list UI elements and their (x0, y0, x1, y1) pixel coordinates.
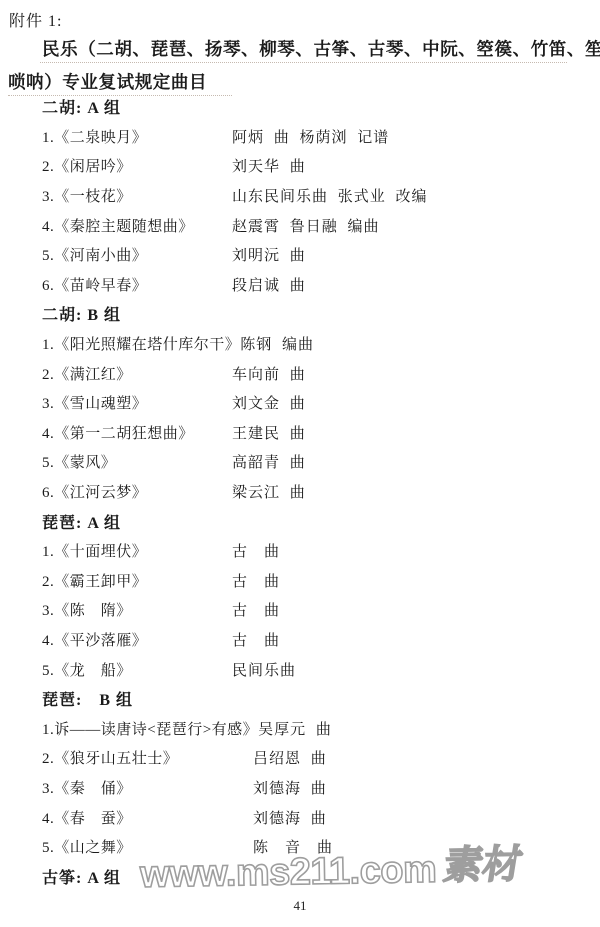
piece-credit: 古 曲 (232, 540, 280, 561)
piece-credit: 王建民 曲 (232, 422, 306, 443)
section-heading: 二胡: A 组 (42, 92, 594, 122)
piece-label: 3.《陈 隋》 (42, 599, 232, 620)
piece-row: 5.《龙 船》民间乐曲 (42, 654, 594, 684)
piece-row: 6.《苗岭早春》段启诚 曲 (42, 270, 594, 300)
piece-credit: 刘德海 曲 (253, 777, 327, 798)
piece-row: 5.《河南小曲》刘明沅 曲 (42, 240, 594, 270)
piece-label: 3.《雪山魂塑》 (42, 392, 232, 413)
piece-credit: 刘明沅 曲 (232, 244, 306, 265)
piece-row: 2.《狼牙山五壮士》吕绍恩 曲 (42, 743, 594, 773)
section-heading: 二胡: B 组 (42, 299, 594, 329)
piece-credit: 吴厚元 曲 (258, 718, 332, 739)
piece-credit: 古 曲 (232, 570, 280, 591)
attachment-label: 附件 1: (9, 8, 62, 31)
piece-row: 6.《江河云梦》梁云江 曲 (42, 477, 594, 507)
piece-credit: 山东民间乐曲 张式业 改编 (232, 185, 428, 206)
document-page: 附件 1: 民乐（二胡、琵琶、扬琴、柳琴、古筝、古琴、中阮、箜篌、竹笛、笙、 唢… (0, 0, 600, 927)
piece-credit: 高韶青 曲 (232, 451, 306, 472)
piece-credit: 吕绍恩 曲 (253, 747, 327, 768)
piece-credit: 民间乐曲 (232, 659, 296, 680)
document-title-line1: 民乐（二胡、琵琶、扬琴、柳琴、古筝、古琴、中阮、箜篌、竹笛、笙、 (42, 36, 600, 61)
piece-row: 1.诉——读唐诗<琵琶行>有感》吴厚元 曲 (42, 713, 594, 743)
piece-label: 5.《龙 船》 (42, 659, 232, 680)
piece-label: 1.《十面埋伏》 (42, 540, 232, 561)
piece-label: 2.《闲居吟》 (42, 155, 232, 176)
piece-credit: 梁云江 曲 (232, 481, 306, 502)
piece-credit: 古 曲 (232, 629, 280, 650)
piece-credit: 陈钢 编曲 (240, 333, 314, 354)
piece-row: 4.《平沙落雁》古 曲 (42, 625, 594, 655)
piece-row: 2.《闲居吟》刘天华 曲 (42, 151, 594, 181)
piece-label: 2.《狼牙山五壮士》 (42, 747, 253, 768)
piece-credit: 车向前 曲 (232, 363, 306, 384)
piece-label: 3.《秦 俑》 (42, 777, 253, 798)
piece-row: 1.《阳光照耀在塔什库尔干》陈钢 编曲 (42, 329, 594, 359)
piece-credit: 刘德海 曲 (253, 807, 327, 828)
piece-credit: 赵震霄 鲁日融 编曲 (232, 215, 380, 236)
piece-label: 6.《江河云梦》 (42, 481, 232, 502)
piece-label: 4.《秦腔主题随想曲》 (42, 215, 232, 236)
piece-credit: 刘文金 曲 (232, 392, 306, 413)
section-heading: 琵琶: B 组 (42, 684, 594, 714)
title-underline (40, 62, 567, 63)
piece-label: 2.《霸王卸甲》 (42, 570, 232, 591)
repertoire-list: 二胡: A 组1.《二泉映月》阿炳 曲 杨荫浏 记谱2.《闲居吟》刘天华 曲3.… (42, 92, 594, 891)
document-title-line2: 唢呐）专业复试规定曲目 (8, 69, 207, 94)
section-heading: 琵琶: A 组 (42, 506, 594, 536)
piece-row: 3.《雪山魂塑》刘文金 曲 (42, 388, 594, 418)
piece-label: 1.《阳光照耀在塔什库尔干》 (42, 333, 240, 354)
piece-row: 5.《蒙风》高韶青 曲 (42, 447, 594, 477)
piece-label: 1.诉——读唐诗<琵琶行>有感》 (42, 718, 258, 739)
piece-row: 3.《一枝花》山东民间乐曲 张式业 改编 (42, 181, 594, 211)
piece-row: 1.《二泉映月》阿炳 曲 杨荫浏 记谱 (42, 122, 594, 152)
piece-credit: 古 曲 (232, 599, 280, 620)
piece-label: 6.《苗岭早春》 (42, 274, 232, 295)
piece-label: 1.《二泉映月》 (42, 126, 232, 147)
piece-row: 2.《霸王卸甲》古 曲 (42, 566, 594, 596)
page-number: 41 (0, 898, 600, 914)
piece-row: 1.《十面埋伏》古 曲 (42, 536, 594, 566)
piece-row: 4.《第一二胡狂想曲》王建民 曲 (42, 418, 594, 448)
piece-credit: 阿炳 曲 杨荫浏 记谱 (232, 126, 389, 147)
piece-credit: 段启诚 曲 (232, 274, 306, 295)
watermark-suffix-text: 素材 (440, 833, 527, 891)
piece-credit: 刘天华 曲 (232, 155, 306, 176)
watermark-url-text: www.ms211.com (140, 849, 437, 896)
piece-label: 5.《蒙风》 (42, 451, 232, 472)
piece-row: 3.《秦 俑》刘德海 曲 (42, 773, 594, 803)
piece-label: 4.《第一二胡狂想曲》 (42, 422, 232, 443)
piece-label: 5.《河南小曲》 (42, 244, 232, 265)
piece-label: 4.《春 蚕》 (42, 807, 253, 828)
piece-row: 3.《陈 隋》古 曲 (42, 595, 594, 625)
piece-label: 3.《一枝花》 (42, 185, 232, 206)
piece-label: 4.《平沙落雁》 (42, 629, 232, 650)
piece-label: 2.《满江红》 (42, 363, 232, 384)
watermark: www.ms211.com素材 (140, 836, 523, 899)
piece-row: 4.《秦腔主题随想曲》赵震霄 鲁日融 编曲 (42, 210, 594, 240)
piece-row: 2.《满江红》车向前 曲 (42, 358, 594, 388)
piece-row: 4.《春 蚕》刘德海 曲 (42, 802, 594, 832)
